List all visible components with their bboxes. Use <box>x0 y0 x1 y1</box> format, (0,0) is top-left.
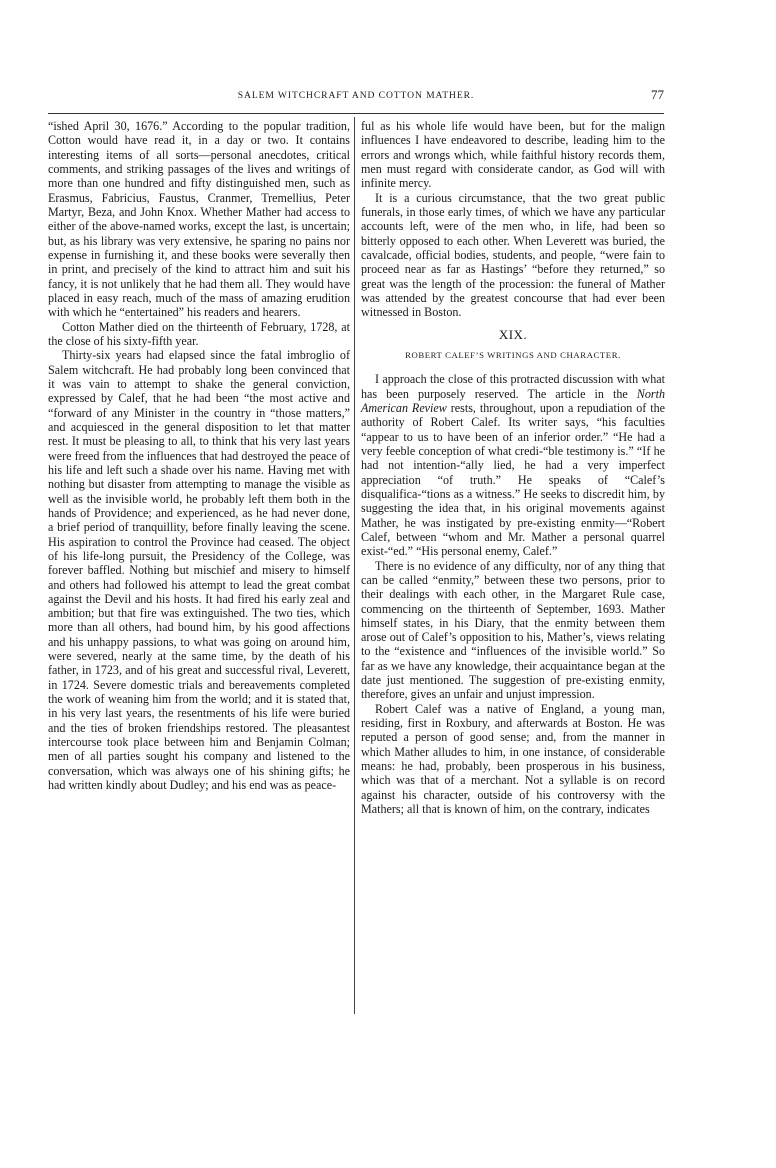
section-number: XIX. <box>361 328 665 342</box>
column-divider <box>354 117 355 1014</box>
paragraph: Thirty-six years had elapsed since the f… <box>48 348 350 792</box>
paragraph: It is a curious circumstance, that the t… <box>361 191 665 320</box>
text-run: I approach the close of this protracted … <box>361 372 665 400</box>
text-run: rests, throughout, upon a repudiation of… <box>361 401 665 558</box>
section-title: ROBERT CALEF’S WRITINGS AND CHARACTER. <box>361 348 665 362</box>
paragraph: There is no evidence of any difficulty, … <box>361 559 665 702</box>
running-head: SALEM WITCHCRAFT AND COTTON MATHER. 77 <box>48 90 664 106</box>
left-column: “ished April 30, 1676.” According to the… <box>48 119 350 792</box>
paragraph: I approach the close of this protracted … <box>361 372 665 558</box>
paragraph: ful as his whole life would have been, b… <box>361 119 665 191</box>
page-number: 77 <box>651 87 664 103</box>
paragraph: Robert Calef was a native of England, a … <box>361 702 665 817</box>
paragraph: Cotton Mather died on the thirteenth of … <box>48 320 350 349</box>
paragraph: “ished April 30, 1676.” According to the… <box>48 119 350 320</box>
running-title: SALEM WITCHCRAFT AND COTTON MATHER. <box>48 90 664 101</box>
right-column: ful as his whole life would have been, b… <box>361 119 665 816</box>
header-rule <box>48 113 664 114</box>
